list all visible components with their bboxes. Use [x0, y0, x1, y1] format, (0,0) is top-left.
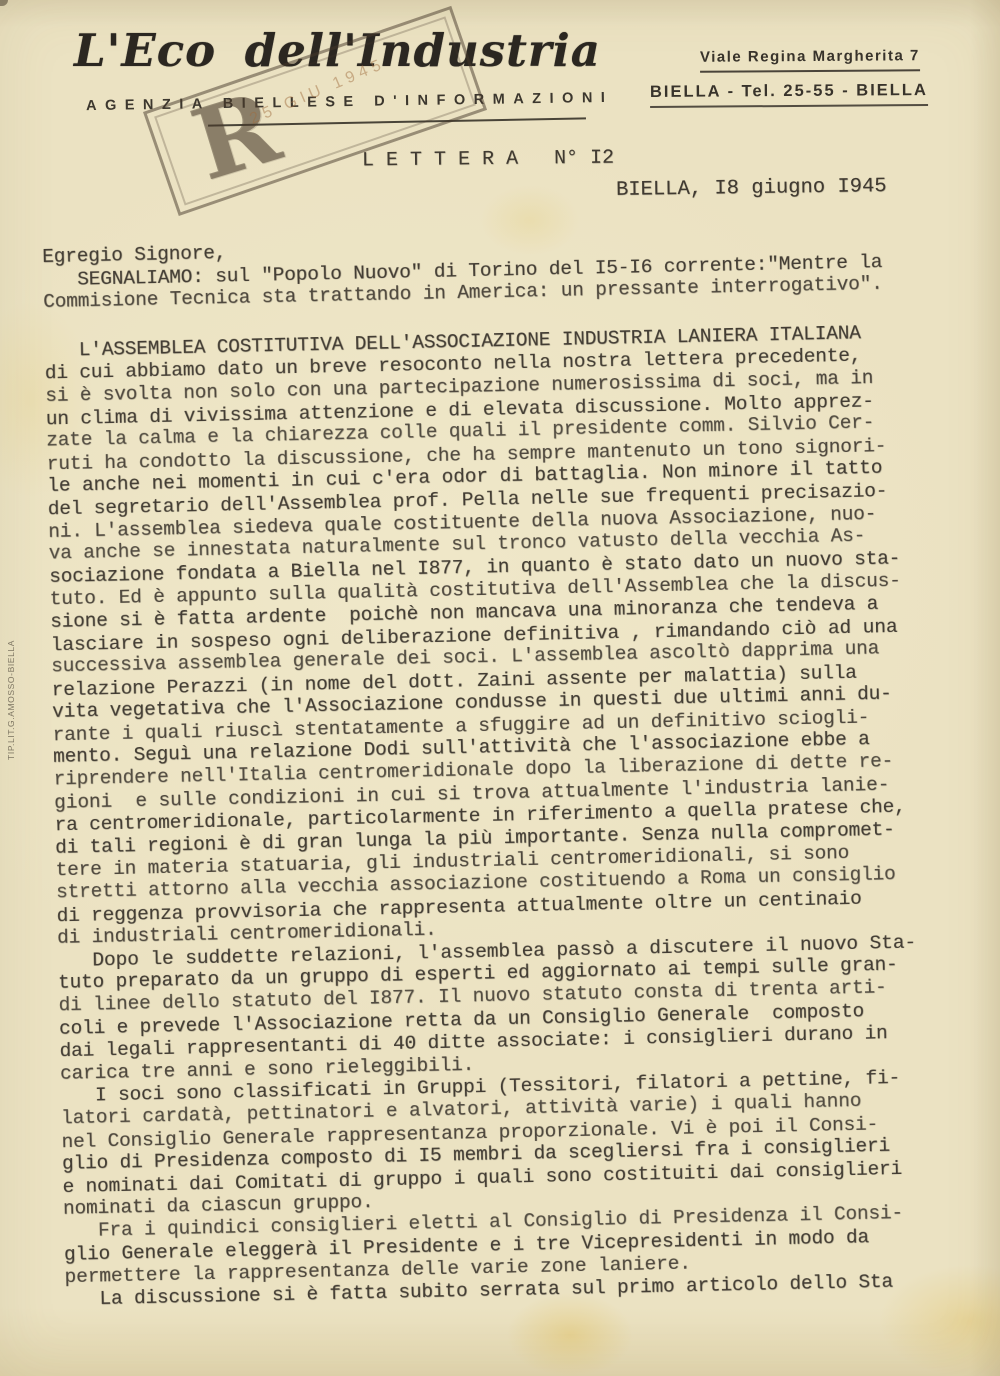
masthead-title: L'Eco dell'Industria — [74, 24, 601, 77]
salutation-block: Egregio Signore, SEGNALIAMO: sul "Popolo… — [42, 226, 958, 314]
printer-credit: TIP.LIT.G.AMOSSO-BIELLA — [6, 640, 16, 760]
agency-subtitle: AGENZIA BIELLESE D'INFORMAZIONI — [86, 90, 614, 114]
letter-page: L'Eco dell'Industria AGENZIA BIELLESE D'… — [0, 0, 1000, 1376]
subtitle-rule — [208, 117, 586, 126]
letter-number: L E T T E R A N° I2 — [362, 147, 614, 173]
typed-text-area: Egregio Signore, SEGNALIAMO: sul "Popolo… — [42, 226, 980, 1311]
paper-corner-mark — [0, 0, 8, 6]
body-block: L'ASSEMBLEA COSTITUTIVA DELL'ASSOCIAZION… — [44, 320, 980, 1311]
letter-dateline: BIELLA, I8 giugno I945 — [616, 175, 887, 202]
address-phone: BIELLA - Tel. 25-55 - BIELLA — [650, 81, 928, 108]
address-street: Viale Regina Margherita 7 — [700, 47, 920, 73]
